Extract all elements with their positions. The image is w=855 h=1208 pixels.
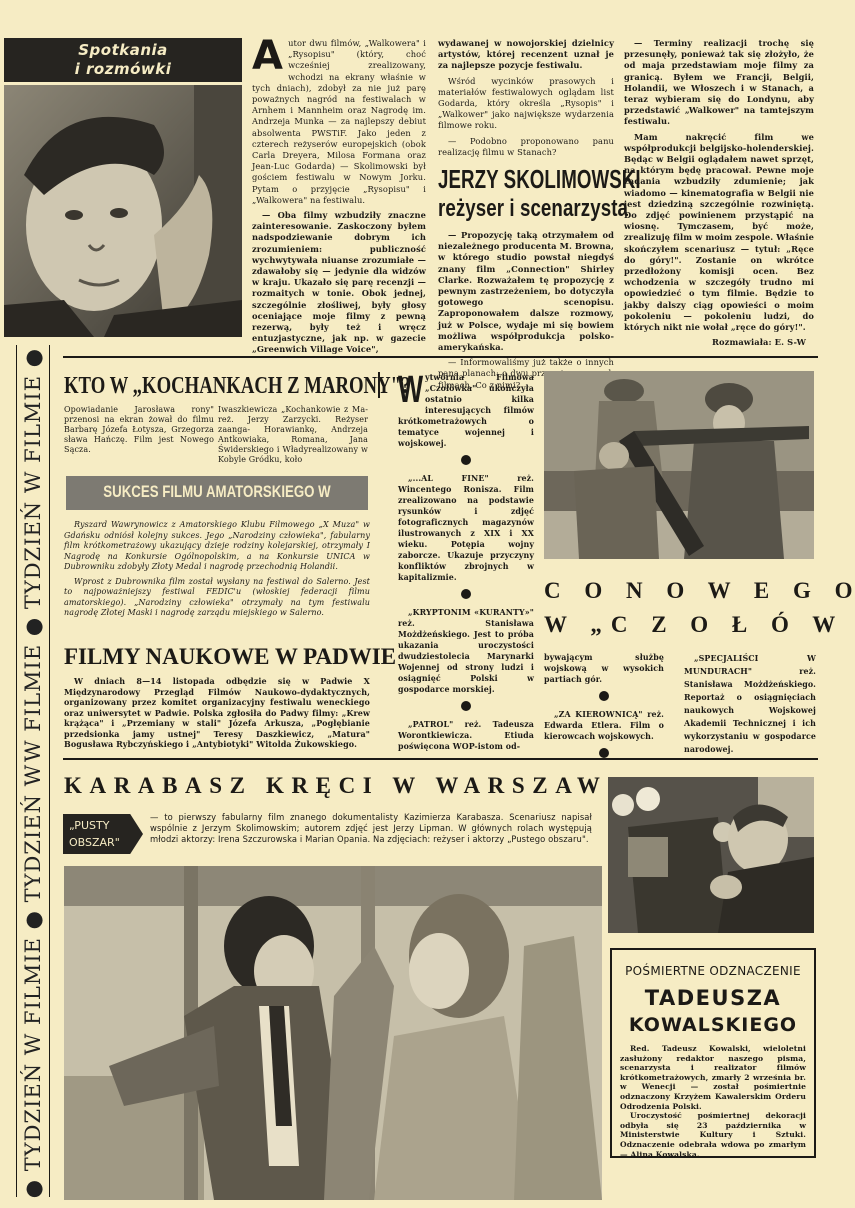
- karabasz-main-photo: [64, 866, 602, 1200]
- kochankowie-headline: KTO W „KOCHANKACH Z MARONY"?: [64, 372, 410, 400]
- interview-answer-3: — Terminy realizacji trochę się przesunę…: [624, 38, 814, 128]
- czolowka-mid-column: bywającym służbę wojskową w wysokich par…: [544, 652, 664, 766]
- bullet-icon: [599, 748, 609, 758]
- kicker-line-2: i rozmówki: [4, 60, 242, 79]
- salerno-banner: SUKCES FILMU AMATORSKIEGO W SALERNO: [66, 476, 368, 510]
- karabasz-camera-photo: [608, 777, 814, 933]
- soldiers-photo: [544, 371, 814, 559]
- dropcap-w: W: [398, 374, 413, 406]
- interview-answer-4: Mam nakręcić film we współprodukcji belg…: [624, 132, 814, 334]
- section-kicker: Spotkania i rozmówki: [4, 38, 242, 82]
- tag-line-2: OBSZAR": [69, 834, 143, 851]
- obituary-box: POŚMIERTNE ODZNACZENIE TADEUSZA KOWALSKI…: [610, 948, 816, 1158]
- kochankowie-text-right: Iwaszkiewicza „Kochankowie z Ma- reż. Je…: [218, 405, 368, 465]
- karabasz-text: — to pierwszy fabularny film znanego dok…: [150, 812, 592, 845]
- sidebar-label-bottom: ● TYDZIEŃ W FILMIE ● TYDZIEŃ W: [21, 764, 45, 1198]
- dropcap-a: A: [252, 39, 283, 73]
- interview-answer-2: — Propozycję taką otrzymałem od niezależ…: [438, 230, 614, 353]
- padwa-headline: FILMY NAUKOWE W PADWIE: [64, 644, 396, 670]
- bullet-icon: [461, 701, 471, 711]
- soldiers-image-icon: [544, 371, 814, 559]
- interview-col2-p2: Wśród wycinków prasowych i materiałów fe…: [438, 76, 614, 132]
- czolowka-item-specjalisci: „SPECJALIŚCI W MUNDURACH" reż. Stanisław…: [684, 652, 816, 756]
- divider-rule: [63, 758, 818, 760]
- interview-column-1: Autor dwu filmów, „Walkowera" i „Rysopis…: [252, 38, 426, 360]
- interview-question-1: — Podobno proponowano panu realizację fi…: [438, 136, 614, 158]
- interview-column-2: wydawanej w nowojorskiej dzielnicy artys…: [438, 38, 614, 395]
- bullet-icon: [461, 455, 471, 465]
- bullet-icon: [599, 691, 609, 701]
- salerno-paragraph-2: Wprost z Dubrownika film został wysłany …: [64, 577, 370, 619]
- divider-rule: [63, 356, 818, 358]
- interview-headline-name: JERZY SKOLIMOWSKI: [438, 164, 618, 194]
- obituary-text: Red. Tadeusz Kowalski, wieloletni zasłuż…: [620, 1044, 806, 1159]
- obituary-name-line-1: TADEUSZA: [620, 984, 806, 1012]
- interview-column-3: — Terminy realizacji trochę się przesunę…: [624, 38, 814, 352]
- czolowka-item-kryptonim: „KRYPTONIM «KURANTY»" reż. Stanisława Mo…: [398, 607, 534, 695]
- salerno-text: Ryszard Wawrynowicz z Amatorskiego Klubu…: [64, 520, 370, 623]
- karabasz-headline: KARABASZ KRĘCI W WARSZAWIE: [64, 772, 647, 800]
- sidebar-bottom: ● TYDZIEŃ W FILMIE ● TYDZIEŃ W: [17, 765, 48, 1197]
- salerno-paragraph-1: Ryszard Wawrynowicz z Amatorskiego Klubu…: [64, 520, 370, 573]
- interview-col2-p1: wydawanej w nowojorskiej dzielnicy artys…: [438, 38, 614, 72]
- tag-line-1: „PUSTY: [69, 817, 143, 834]
- czolowka-item-patrol: „PATROL" reż. Tadeusza Worontkiewicza. E…: [398, 719, 534, 752]
- interview-answer-1: — Oba filmy wzbudziły znaczne zaintereso…: [252, 210, 426, 356]
- bullet-icon: [461, 589, 471, 599]
- kochankowie-text-left: Opowiadanie Jarosława rony" przenosi na …: [64, 405, 214, 455]
- portrait-photo: [4, 85, 242, 337]
- pusty-obszar-tag: „PUSTY OBSZAR": [63, 814, 143, 854]
- sidebar-top: W FILMIE ● TYDZIEŃ W FILMIE ●: [17, 345, 48, 765]
- czolowka-item-al-fine: „...AL FINE" reż. Wincentego Ronisza. Fi…: [398, 473, 534, 583]
- camera-operator-image-icon: [608, 777, 814, 933]
- padwa-paragraph: W dniach 8—14 listopada odbędzie się w P…: [64, 676, 370, 750]
- sidebar-label-top: W FILMIE ● TYDZIEŃ W FILMIE ●: [21, 348, 45, 762]
- obituary-name-line-2: KOWALSKIEGO: [620, 1012, 806, 1038]
- czolowka-headline: C O N O W E G O W „C Z O Ł Ó W C E" ?: [544, 574, 824, 642]
- czolowka-patrol-continued: bywającym służbę wojskową w wysokich par…: [544, 652, 664, 685]
- portrait-image-icon: [4, 85, 242, 337]
- czolowka-headline-line-1: C O N O W E G O: [544, 574, 824, 608]
- kicker-line-1: Spotkania: [4, 41, 242, 60]
- actors-image-icon: [64, 866, 602, 1200]
- obituary-paragraph-1: Red. Tadeusz Kowalski, wieloletni zasłuż…: [620, 1044, 806, 1111]
- column-divider: [378, 372, 380, 398]
- padwa-text: W dniach 8—14 listopada odbędzie się w P…: [64, 676, 370, 754]
- interview-headline-role: reżyser i scenarzysta: [438, 194, 617, 224]
- czolowka-right-column: „SPECJALIŚCI W MUNDURACH" reż. Stanisław…: [684, 652, 816, 760]
- czolowka-item-za-kierownica: „ZA KIEROWNICĄ" reż. Edwarda Etlera. Fil…: [544, 709, 664, 742]
- byline: Rozmawiała: E. S-W: [624, 337, 806, 348]
- obituary-paragraph-2: Uroczystość pośmiertnej dekoracji odbyła…: [620, 1111, 806, 1159]
- section-sidebar: W FILMIE ● TYDZIEŃ W FILMIE ● ● TYDZIEŃ …: [16, 345, 50, 1197]
- czolowka-column: Wytwórnia Filmowa „Czołówka" ukończyła o…: [398, 372, 534, 756]
- czolowka-headline-line-2: W „C Z O Ł Ó W C E" ?: [544, 608, 824, 642]
- obituary-kicker: POŚMIERTNE ODZNACZENIE: [620, 964, 806, 978]
